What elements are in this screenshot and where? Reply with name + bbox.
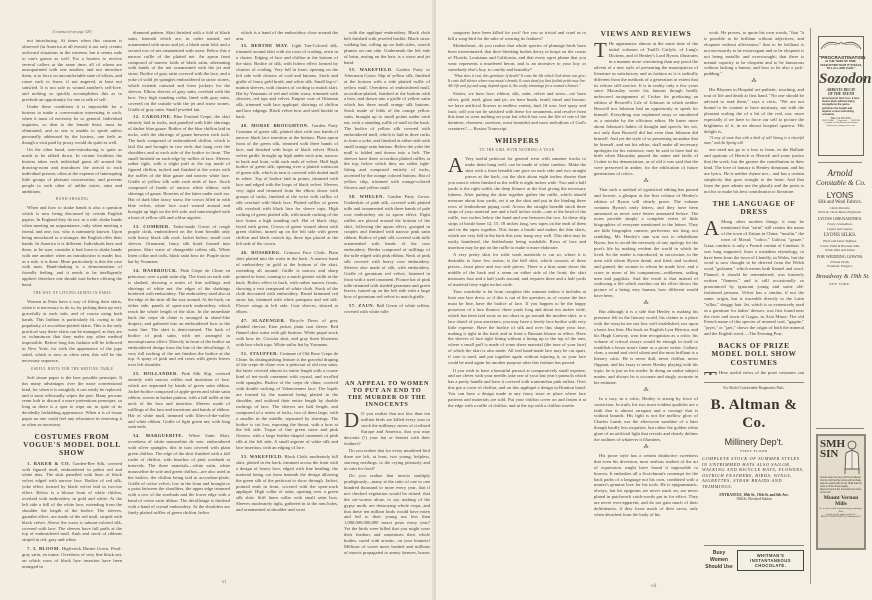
- wing-ornament-icon: [819, 38, 863, 50]
- item-label: 1. BAKER & CO.: [27, 461, 70, 466]
- costume-item: 13. COMBIER. Tailor-made Gown of rough p…: [128, 224, 230, 265]
- column-rule: [810, 28, 811, 584]
- section-stars: ⁂: [594, 179, 698, 185]
- drop-cap: T: [704, 371, 717, 375]
- item-label: 57. ZAUN.: [349, 303, 374, 308]
- costumes-heading: COSTUMES FROM VOGUE'S MODEL DOLL SHOW: [22, 433, 122, 458]
- left-column-2: diamond pattern. Skirt finished with a f…: [128, 30, 230, 564]
- paragraph: Motherheart, do you realize that whole s…: [448, 43, 586, 73]
- item-label: 53. WAKEFIELD.: [241, 454, 283, 459]
- mount-vernon-address: MOUNT VERNON MILLS, Philadelphia, Pa.: [818, 516, 864, 519]
- continued-note: (Continued from page 328): [22, 30, 122, 36]
- paragraph: work. He proves, to quote his own words,…: [704, 30, 804, 77]
- costume-item: 47. SLAZENGER. Bicycle Dress of grey pla…: [236, 318, 338, 348]
- subheading-hand-shaking: HAND-SHAKING: [22, 197, 122, 203]
- paragraph: On the other hand, over-introducing is q…: [22, 147, 122, 194]
- poem-quote: "A way of want that with a kind of will …: [704, 136, 804, 146]
- item-label: 13. COMBIER.: [133, 224, 170, 229]
- divider: [816, 428, 864, 429]
- right-column-3: work. He proves, to quote his own words,…: [704, 30, 804, 375]
- floor-label: FIRST FLOOR: [702, 449, 806, 453]
- drop-cap: A: [448, 157, 463, 174]
- store-address: Broadway & 19th St.: [816, 272, 864, 282]
- mount-vernon-ad[interactable]: SMH SIN Knows when he buys shirts of a M…: [816, 434, 866, 550]
- paragraph: Under these conditions it is impossible …: [22, 104, 122, 145]
- ad-note: For Model Comfortable Bergmann's Pulls.: [704, 386, 804, 394]
- mount-vernon-body: Knows when he buys shirts of a Mount Ver…: [818, 475, 864, 495]
- paragraph: Sisters, we have lace, ribbon, silk, sat…: [448, 91, 586, 132]
- item-text: Light Tan-Colored silk, trimmed around s…: [236, 43, 338, 119]
- whitman-ad[interactable]: Busy Women Should Use WHITMAN'S INSTANTA…: [704, 549, 804, 571]
- paragraph: with the appliqué embroidery. Black clot…: [344, 30, 430, 65]
- item-text: Garden Party or Afternoon Gown. Slip of …: [344, 67, 430, 190]
- paragraph: If you wish to have a beautiful parasol …: [448, 368, 586, 409]
- whispers-subheading: TO THE GIRL WITH NOTHING A YEAR: [448, 148, 586, 154]
- costume-item: 35. BERTHE MAY. Light Tan-Colored silk, …: [236, 43, 338, 120]
- fabric-line: Foulards, Pongees.: [816, 264, 864, 268]
- costume-item: 58. WHELEN. Garden Party Gown. Underskir…: [344, 194, 430, 300]
- paragraph: But although it is a side that Henley is…: [594, 309, 698, 386]
- sozodont-ad[interactable]: "PROCRASTINATION IS THE THIEF OF TIME; Y…: [818, 36, 864, 156]
- item-text: Pink Crepe de Chine en princesse, over a…: [128, 268, 230, 368]
- paragraph: A very pretty skirt for wide wash materi…: [448, 252, 586, 287]
- drop-cap: A: [704, 220, 719, 237]
- costume-item: 12. CAROLINE. Blue Foulard Crepe, the sk…: [128, 114, 230, 220]
- whitman-chocolate-box: WHITMAN'S INSTANTANEOUS CHOCOLATE.: [737, 550, 804, 571]
- item-label: 12. CAROLINE.: [133, 114, 172, 119]
- item-text: Garden Party Gown. Underskirt of pink si…: [344, 194, 430, 299]
- sozodont-brand: Sozodont: [819, 71, 863, 88]
- item-label: 25. HOLLANDER.: [133, 371, 178, 376]
- section-stars: ⁂: [594, 445, 698, 451]
- costume-item: 14. HASBROUCK. Pink Crepe de Chine en pr…: [128, 268, 230, 368]
- item-label: 35. BERTHE MAY.: [241, 43, 289, 48]
- left-column-3: which is a band of the embroidery close …: [236, 30, 338, 550]
- views-reviews-heading: VIEWS AND REVIEWS: [594, 30, 698, 38]
- paragraph: diamond pattern. Skirt finished with a f…: [128, 30, 230, 113]
- language-of-dress-heading: THE LANGUAGE OF DRESS: [704, 200, 804, 216]
- paragraph: Soft tissue paper is the best possible p…: [22, 375, 122, 428]
- page-number-left: vi: [222, 580, 226, 585]
- subheading-lifting-skirts: THE WAY OF LIFTING SKIRTS IN PARIS: [22, 291, 122, 297]
- fabric-line: Crepes and Gauzes.: [816, 227, 864, 231]
- drop-cap: T: [594, 42, 607, 59]
- costume-item: 57. ZAUN. Ball Gown of white taffeta, co…: [344, 303, 430, 315]
- subheading-writing-table: USEFUL HINTS FOR THE WRITING TABLE: [22, 367, 122, 373]
- store-city: NEW YORK.: [816, 282, 864, 286]
- paragraph: His prose style has a certain distinctiv…: [594, 453, 698, 518]
- right-page: songsters have been killed for you? Are …: [436, 0, 872, 600]
- costume-item: 51. STAUFFER. Costume of Old Rose Crepe …: [236, 351, 338, 451]
- altman-ad[interactable]: B. Altman & Co. Millinery Dep't. FIRST F…: [702, 396, 806, 496]
- left-column-1: (Continued from page 328) not introducin…: [22, 30, 122, 570]
- paragraph: THese useful views of the prize costumes…: [704, 370, 804, 375]
- constable-name: Constable & Co.: [816, 178, 864, 188]
- divider: [704, 545, 804, 546]
- fabric-line: Plain and Glace Taffetas,: [816, 239, 864, 243]
- divider: [704, 382, 804, 383]
- item-text: Garden-Ree Silk, covered with figured mu…: [22, 461, 122, 543]
- right-column-2: VIEWS AND REVIEWS THe appearance almost …: [594, 30, 698, 565]
- item-label: 46. ROSSBERG.: [241, 250, 281, 255]
- man-in-shirt-icon: [842, 439, 862, 475]
- item-text: Garden Party Costume of green silk, plai…: [236, 123, 338, 246]
- whispers-heading: WHISPERS: [448, 137, 586, 145]
- paragraph: When and how to shake hands is also a qu…: [22, 205, 122, 288]
- right-column-1: songsters have been killed for you? Are …: [448, 30, 586, 560]
- fabric-line: Plain & Check Moire Poplinette.: [816, 210, 864, 214]
- lyons-heading: LYONS: [816, 191, 864, 200]
- paragraph: songsters have been killed for you? Are …: [448, 30, 586, 42]
- section-stars: ⁂: [594, 388, 698, 394]
- item-text: Blue Foulard Crepe, the skirt entirely l…: [128, 114, 230, 219]
- costume-item: 25. HOLLANDER. Pink Silk Slip, covered e…: [128, 371, 230, 430]
- item-text: Crimson Face Cloth. Plain skirt plaited …: [236, 250, 338, 314]
- millinery-title: Millinery Dep't.: [702, 436, 806, 449]
- ad-illustration: SMH SIN: [818, 436, 864, 475]
- appeal-heading: AN APPEAL TO WOMEN TO PUT AN END TO THE …: [344, 380, 430, 408]
- paragraph: Your wardrobe is far from complete this …: [448, 289, 586, 366]
- costume-item: 7. I. BLOOM. High-neck Dinner Gown. Pear…: [22, 546, 122, 570]
- paragraph: THe appearance almost at the same time o…: [594, 41, 698, 177]
- paragraph: AMong other modern things, it may be men…: [704, 219, 804, 337]
- section-stars: ⁂: [594, 301, 698, 307]
- paragraph: His Rhymes in Hospital are pathetic, tou…: [704, 87, 804, 134]
- costume-item: 46. ROSSBERG. Crimson Face Cloth. Plain …: [236, 250, 338, 315]
- paragraph: In a way, as a critic, Henley is strong …: [594, 396, 698, 443]
- millinery-stock-text: COMPLETE STOCK OF SUMMER STYLES IN UNTRI…: [702, 456, 806, 490]
- costume-item: 1. BAKER & CO. Garden-Ree Silk, covered …: [22, 461, 122, 544]
- costume-item: 55. WAKEFIELD. Garden Party or Afternoon…: [344, 67, 430, 191]
- paragraph: Women in Paris have a way of lifting the…: [22, 299, 122, 364]
- costume-item: 53. WAKEFIELD. Black Cloth, moderately f…: [236, 454, 338, 513]
- poem-quote: "What does it cost, this garniture of de…: [448, 74, 586, 89]
- left-column-4: with the appliqué embroidery. Black clot…: [344, 30, 430, 350]
- section-stars: ⁂: [704, 79, 804, 85]
- paragraph: That such a method of egotistical editin…: [594, 187, 698, 299]
- paragraph: Do you realize that for every murdered b…: [344, 448, 430, 472]
- arnold-constable-ad[interactable]: Arnold Constable & Co. LYONS Silk and Wo…: [816, 168, 864, 420]
- divider: [818, 162, 862, 163]
- page-number-right: vii: [651, 584, 656, 589]
- item-label: 14. HASBROUCK.: [133, 268, 178, 273]
- sozodont-body: and prevents their loss. It also cleans …: [819, 96, 863, 118]
- whitman-tagline: Busy Women Should Use: [704, 550, 734, 571]
- costume-item: 40. MORSE BROUGHTON. Garden Party Costum…: [236, 123, 338, 247]
- item-label: 47. SLAZENGER.: [241, 318, 286, 323]
- arnold-name: Arnold: [816, 168, 864, 178]
- left-page: (Continued from page 328) not introducin…: [0, 0, 436, 600]
- appeal-article: AN APPEAL TO WOMEN TO PUT AN END TO THE …: [344, 380, 430, 555]
- paragraph: DO you realize that not less than ten mi…: [344, 411, 430, 446]
- item-label: 58. WHELEN.: [349, 194, 384, 199]
- paragraph: one need not go to a loss to learn, in t…: [704, 147, 804, 194]
- item-label: 55. WAKEFIELD.: [349, 67, 393, 72]
- fabric-line: White Silks and Satins: [816, 248, 864, 252]
- item-label: 34. MARGUERITE.: [133, 433, 183, 438]
- drop-cap: D: [344, 412, 359, 429]
- station-text: 18th St. Elevated Station: [702, 497, 806, 501]
- magazine-spread: (Continued from page 328) not introducin…: [0, 0, 872, 600]
- item-text: Tailor-made Gown of rough purple cloth, …: [128, 224, 230, 264]
- paragraph: AVery useful petticoat for general wear …: [448, 156, 586, 251]
- item-text: White Satin Skirt, overdress of white mo…: [128, 433, 230, 515]
- altman-brand: B. Altman & Co.: [702, 396, 806, 432]
- item-text: Costume of Old Rose Crepe de Chine. Its …: [236, 351, 338, 451]
- paragraph: which is a band of the embroidery close …: [236, 30, 338, 42]
- item-text: Pink Silk Slip, covered entirely with na…: [128, 371, 230, 429]
- item-label: 51. STAUFFER.: [241, 351, 278, 356]
- backs-heading: BACKS OF PRIZE MODEL DOLL SHOW COSTUMES: [704, 342, 804, 367]
- item-label: 7. I. BLOOM.: [27, 546, 60, 551]
- item-label: 40. MORSE BROUGHTON.: [241, 123, 309, 128]
- paragraph: Do you realize that insects multiply pro…: [344, 473, 430, 555]
- costume-item: 34. MARGUERITE. White Satin Skirt, overd…: [128, 433, 230, 516]
- item-text: Black Cloth, moderately full skirt, plai…: [236, 454, 338, 512]
- paragraph: not introducing. At times when this cust…: [22, 38, 122, 103]
- script-lettering: SMH SIN: [820, 439, 838, 475]
- sample-offer: A sample of Sozodont and Sozoderma Soap …: [819, 122, 863, 128]
